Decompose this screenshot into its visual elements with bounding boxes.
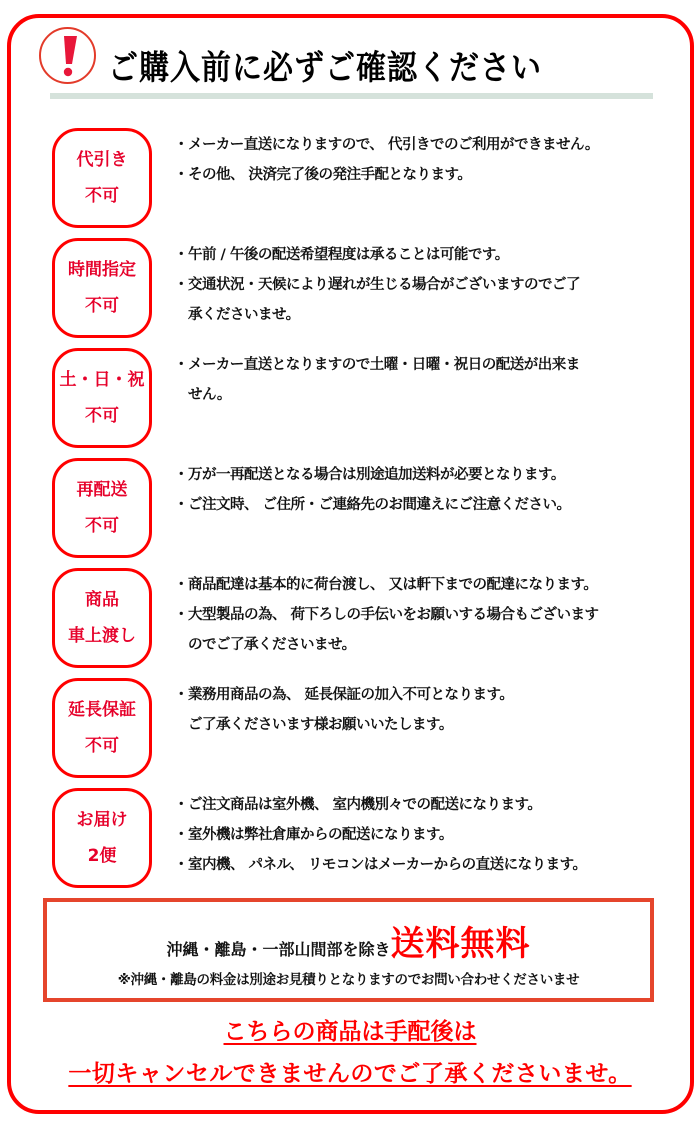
policy-text: ・万が一再配送となる場合は別途追加送料が必要となります。 ・ご注文時、 ご住所・… <box>174 460 684 520</box>
badge-label-line2: 2便 <box>88 838 117 874</box>
policy-line: ・メーカー直送となりますので土曜・日曜・祝日の配送が出来ま <box>174 350 684 380</box>
badge-label-line1: 再配送 <box>77 472 128 508</box>
title-underline <box>50 93 653 99</box>
policy-line: ・午前 / 午後の配送希望程度は承ることは可能です。 <box>174 240 684 270</box>
badge-label-line2: 不可 <box>85 178 119 214</box>
badge-label-line1: 商品 <box>85 582 119 618</box>
cancel-warning-line2: 一切キャンセルできませんのでご了承くださいませ。 <box>0 1055 700 1088</box>
policy-text: ・商品配達は基本的に荷台渡し、 又は軒下までの配達になります。 ・大型製品の為、… <box>174 570 684 660</box>
free-shipping-notice: 沖縄・離島・一部山間部を除き送料無料 ※沖縄・離島の料金は別途お見積りとなります… <box>43 898 654 1002</box>
policy-text: ・ご注文商品は室外機、 室内機別々での配送になります。 ・室外機は弊社倉庫からの… <box>174 790 684 880</box>
badge-label-line2: 不可 <box>85 508 119 544</box>
cancel-warning-text: 一切キャンセルできませんのでご了承くださいませ。 <box>68 1061 631 1087</box>
free-shipping-note: ※沖縄・離島の料金は別途お見積りとなりますのでお問い合わせくださいませ <box>47 968 650 988</box>
policy-row-curbside: 商品 車上渡し ・商品配達は基本的に荷台渡し、 又は軒下までの配達になります。 … <box>52 568 682 668</box>
badge-label-line1: 延長保証 <box>68 692 136 728</box>
badge-label-line2: 不可 <box>85 728 119 764</box>
policy-badge: 土・日・祝 不可 <box>52 348 152 448</box>
badge-label-line1: 土・日・祝 <box>60 362 145 398</box>
policy-badge: 時間指定 不可 <box>52 238 152 338</box>
cancel-warning-line1: こちらの商品は手配後は <box>0 1013 700 1046</box>
policy-row-cod: 代引き 不可 ・メーカー直送になりますので、 代引きでのご利用ができません。 ・… <box>52 128 682 228</box>
badge-label-line2: 不可 <box>85 398 119 434</box>
policy-badge: 商品 車上渡し <box>52 568 152 668</box>
policy-line: ・大型製品の為、 荷下ろしの手伝いをお願いする場合もございます <box>174 600 684 630</box>
policy-text: ・メーカー直送になりますので、 代引きでのご利用ができません。 ・その他、 決済… <box>174 130 684 190</box>
policy-line: せん。 <box>174 380 684 410</box>
policy-line: ・万が一再配送となる場合は別途追加送料が必要となります。 <box>174 460 684 490</box>
badge-label-line2: 車上渡し <box>68 618 136 654</box>
policy-badge: 延長保証 不可 <box>52 678 152 778</box>
policy-line: ・ご注文時、 ご住所・ご連絡先のお間違えにご注意ください。 <box>174 490 684 520</box>
page-title: ご購入前に必ずご確認ください <box>108 40 542 89</box>
policy-badge: 再配送 不可 <box>52 458 152 558</box>
policy-badge: 代引き 不可 <box>52 128 152 228</box>
exclamation-icon <box>53 34 83 78</box>
policy-line: ・ご注文商品は室外機、 室内機別々での配送になります。 <box>174 790 684 820</box>
policy-line: ・交通状況・天候により遅れが生じる場合がございますのでご了 <box>174 270 684 300</box>
free-shipping-condition: 沖縄・離島・一部山間部を除き <box>166 940 390 959</box>
warning-badge <box>39 27 96 84</box>
policy-line: ・室内機、 パネル、 リモコンはメーカーからの直送になります。 <box>174 850 684 880</box>
policy-line: ご了承くださいます様お願いいたします。 <box>174 710 684 740</box>
policy-line: ・その他、 決済完了後の発注手配となります。 <box>174 160 684 190</box>
policy-row-warranty: 延長保証 不可 ・業務用商品の為、 延長保証の加入不可となります。 ご了承くださ… <box>52 678 682 778</box>
policy-line: ・メーカー直送になりますので、 代引きでのご利用ができません。 <box>174 130 684 160</box>
cancel-warning-text: こちらの商品は手配後は <box>224 1019 477 1045</box>
policy-row-two-shipments: お届け 2便 ・ご注文商品は室外機、 室内機別々での配送になります。 ・室外機は… <box>52 788 682 888</box>
badge-label-line1: お届け <box>77 802 128 838</box>
policy-row-time: 時間指定 不可 ・午前 / 午後の配送希望程度は承ることは可能です。 ・交通状況… <box>52 238 682 338</box>
policy-line: ・商品配達は基本的に荷台渡し、 又は軒下までの配達になります。 <box>174 570 684 600</box>
policy-row-redelivery: 再配送 不可 ・万が一再配送となる場合は別途追加送料が必要となります。 ・ご注文… <box>52 458 682 558</box>
policy-row-weekend: 土・日・祝 不可 ・メーカー直送となりますので土曜・日曜・祝日の配送が出来ま せ… <box>52 348 682 448</box>
badge-label-line1: 代引き <box>77 142 128 178</box>
policy-line: のでご了承くださいませ。 <box>174 630 684 660</box>
policy-badge: お届け 2便 <box>52 788 152 888</box>
policy-line: 承くださいませ。 <box>174 300 684 330</box>
free-shipping-headline: 沖縄・離島・一部山間部を除き送料無料 <box>47 916 650 965</box>
policy-text: ・メーカー直送となりますので土曜・日曜・祝日の配送が出来ま せん。 <box>174 350 684 410</box>
free-shipping-label: 送料無料 <box>391 924 531 964</box>
policy-text: ・業務用商品の為、 延長保証の加入不可となります。 ご了承くださいます様お願いい… <box>174 680 684 740</box>
badge-label-line1: 時間指定 <box>68 252 136 288</box>
policy-line: ・業務用商品の為、 延長保証の加入不可となります。 <box>174 680 684 710</box>
badge-label-line2: 不可 <box>85 288 119 324</box>
policy-line: ・室外機は弊社倉庫からの配送になります。 <box>174 820 684 850</box>
policy-text: ・午前 / 午後の配送希望程度は承ることは可能です。 ・交通状況・天候により遅れ… <box>174 240 684 330</box>
